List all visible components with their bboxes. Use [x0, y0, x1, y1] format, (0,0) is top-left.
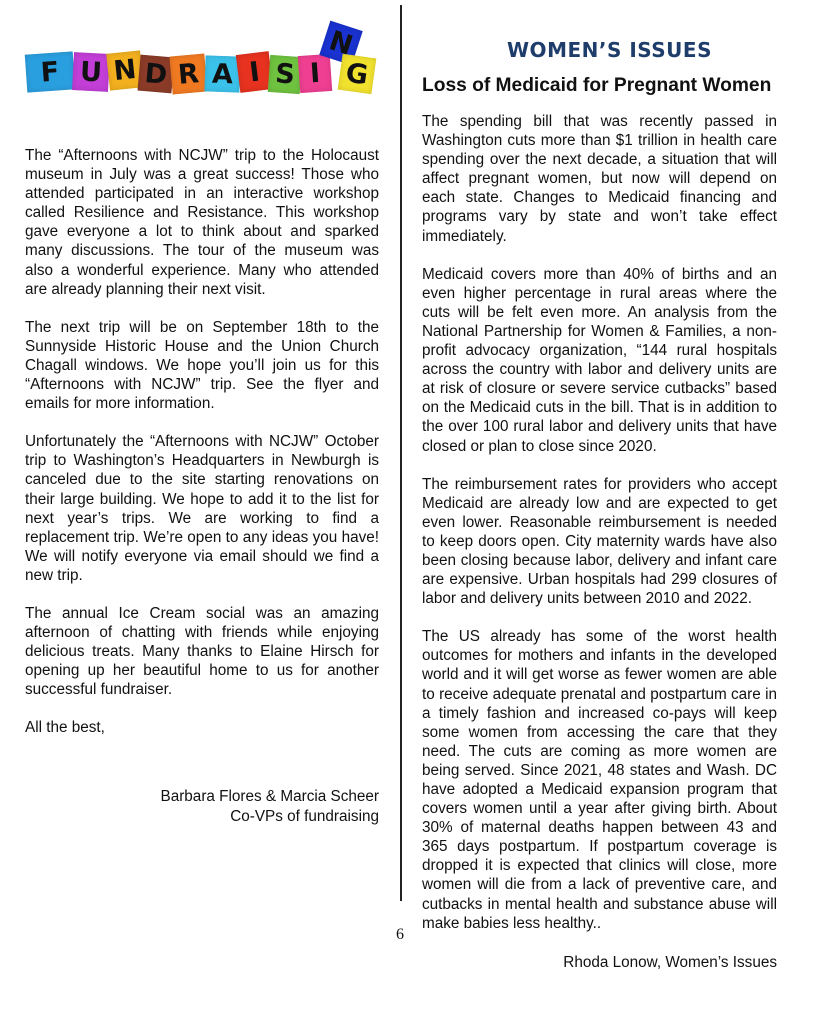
- fundraising-logo: F U N D R A I S I N G: [22, 22, 382, 102]
- column-divider: [400, 5, 402, 901]
- article-paragraph: The US already has some of the worst hea…: [422, 627, 777, 933]
- womens-issues-column: The spending bill that was recently pass…: [422, 112, 777, 972]
- closing-line: All the best,: [25, 718, 379, 737]
- logo-tile: I: [298, 54, 333, 93]
- article-title: Loss of Medicaid for Pregnant Women: [422, 75, 771, 97]
- newsletter-page: F U N D R A I S I N G The “Afternoons wi…: [0, 0, 819, 1024]
- logo-tile: S: [268, 55, 303, 94]
- signature-title: Co-VPs of fundraising: [25, 807, 379, 827]
- fundraising-paragraph: Unfortunately the “Afternoons with NCJW”…: [25, 432, 379, 585]
- page-number: 6: [0, 926, 800, 944]
- logo-tile: G: [338, 54, 377, 94]
- logo-tile: F: [25, 51, 76, 92]
- article-paragraph: The spending bill that was recently pass…: [422, 112, 777, 246]
- fundraising-paragraph: The “Afternoons with NCJW” trip to the H…: [25, 146, 379, 299]
- logo-tile: R: [169, 54, 207, 95]
- signature-names: Barbara Flores & Marcia Scheer: [25, 787, 379, 807]
- logo-tile: U: [72, 52, 110, 92]
- fundraising-paragraph: The annual Ice Cream social was an amazi…: [25, 604, 379, 699]
- fundraising-column: The “Afternoons with NCJW” trip to the H…: [25, 146, 379, 826]
- article-signature: Rhoda Lonow, Women’s Issues: [422, 953, 777, 972]
- article-paragraph: Medicaid covers more than 40% of births …: [422, 265, 777, 456]
- fundraising-paragraph: The next trip will be on September 18th …: [25, 318, 379, 413]
- logo-tile: A: [204, 55, 240, 92]
- section-title: WOMEN’S ISSUES: [400, 38, 819, 62]
- article-paragraph: The reimbursement rates for providers wh…: [422, 475, 777, 609]
- fundraising-signature: Barbara Flores & Marcia Scheer Co-VPs of…: [25, 787, 379, 826]
